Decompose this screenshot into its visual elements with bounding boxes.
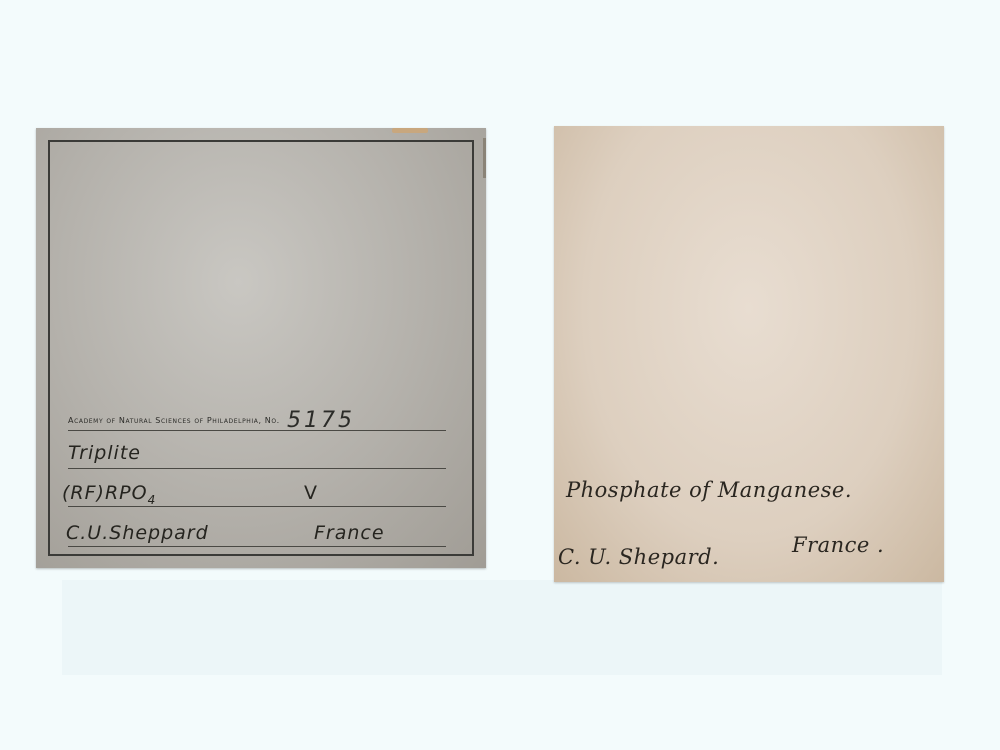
formula: (RF)RPO4 xyxy=(62,482,156,507)
mineral-name: Triplite xyxy=(68,442,141,464)
rule-line xyxy=(68,468,446,469)
collector-name: C.U.Sheppard xyxy=(66,522,209,544)
locality: France xyxy=(314,522,385,544)
rule-line xyxy=(68,506,446,507)
rule-line xyxy=(68,546,446,547)
background-shadow xyxy=(62,580,942,675)
rule-line xyxy=(68,430,446,431)
roman-numeral: V xyxy=(304,482,318,504)
handwritten-label xyxy=(554,126,944,582)
formula-subscript: 4 xyxy=(148,493,157,507)
printed-header: Academy of Natural Sciences of Philadelp… xyxy=(68,404,448,429)
institution-text: Academy of Natural Sciences of Philadelp… xyxy=(68,416,280,425)
edge-mark xyxy=(483,138,486,178)
mineral-description: Phosphate of Manganese. xyxy=(566,478,852,502)
tape-mark xyxy=(392,128,428,133)
formula-text: (RF)RPO xyxy=(62,482,148,504)
collector-signature: C. U. Shepard. xyxy=(558,545,719,569)
locality-handwritten: France . xyxy=(792,533,884,557)
